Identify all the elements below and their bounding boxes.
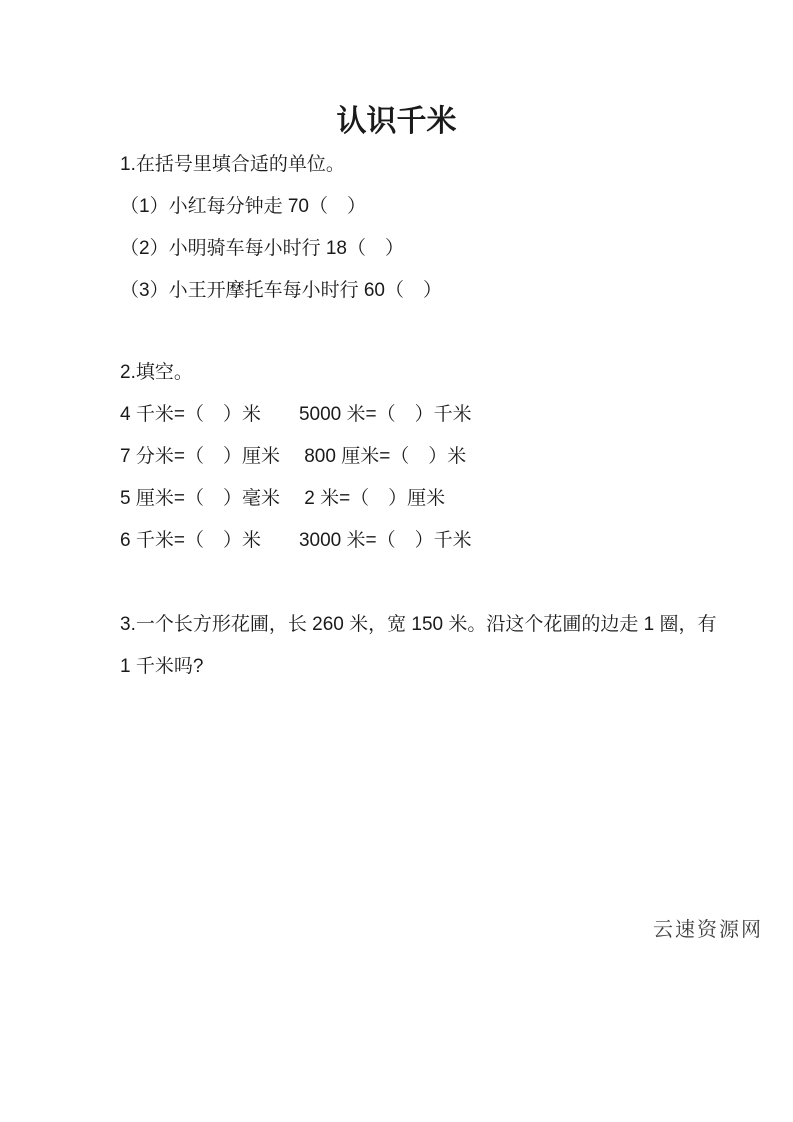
worksheet-page: 认识千米 1.在括号里填合适的单位。 （1）小红每分钟走 70（ ） （2）小明…	[0, 0, 793, 1122]
q2-row-1: 4 千米=（ ）米 5000 米=（ ）千米	[120, 394, 733, 436]
worksheet-content: 1.在括号里填合适的单位。 （1）小红每分钟走 70（ ） （2）小明骑车每小时…	[0, 144, 793, 688]
site-watermark: 云速资源网	[653, 913, 763, 942]
q3-line-2: 1 千米吗?	[120, 646, 733, 688]
q3-line-1: 3.一个长方形花圃，长 260 米，宽 150 米。沿这个花圃的边走 1 圈，有	[120, 604, 733, 646]
q2-row-4: 6 千米=（ ）米 3000 米=（ ）千米	[120, 520, 733, 562]
section-gap	[120, 562, 733, 604]
q2-heading: 2.填空。	[120, 352, 733, 394]
q2-row-2: 7 分米=（ ）厘米 800 厘米=（ ）米	[120, 436, 733, 478]
q2-row-3: 5 厘米=（ ）毫米 2 米=（ ）厘米	[120, 478, 733, 520]
q1-item-2: （2）小明骑车每小时行 18（ ）	[120, 228, 733, 270]
worksheet-title: 认识千米	[0, 0, 793, 144]
q1-heading: 1.在括号里填合适的单位。	[120, 144, 733, 186]
section-gap	[120, 312, 733, 352]
q1-item-3: （3）小王开摩托车每小时行 60（ ）	[120, 270, 733, 312]
q1-item-1: （1）小红每分钟走 70（ ）	[120, 186, 733, 228]
